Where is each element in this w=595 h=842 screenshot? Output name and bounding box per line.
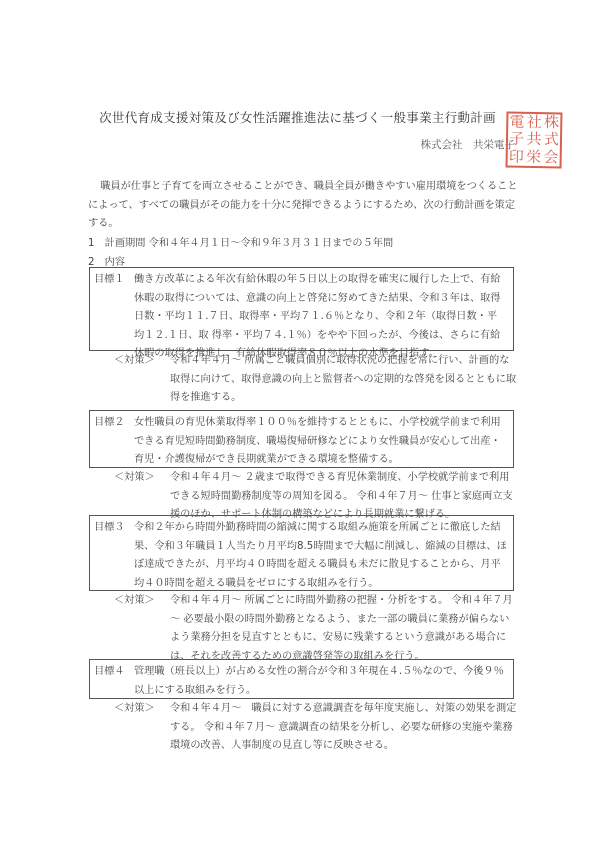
measure-text: 令和４年４月～ 職員に対する意識調査を毎年度実施し、対策の効果を測定する。 令和… <box>170 700 519 756</box>
stamp-char: 株 <box>543 115 561 130</box>
goal-2-box: 目標２ 女性職員の育児休業取得率１００％を維持するとともに、小学校就学前まで利用… <box>89 410 514 468</box>
stamp-char: 子 <box>508 132 526 147</box>
plan-period: 1 計画期間 令和４年４月１日～令和９年３月３１日までの５年間 <box>88 234 393 249</box>
goal-text: 働き方改革による年次有給休暇の年５日以上の取得を確実に履行した上で、有給休暇の取… <box>134 271 507 364</box>
measure-label: ＜対策＞ <box>114 700 170 719</box>
measure-text: 令和４年４月～ 所属ごと職員個別に取得状況の把握を常に行い、計画的な取得に向けて… <box>170 352 519 408</box>
stamp-char: 共 <box>525 132 543 147</box>
goal-text: 管理職（班長以上）が占める女性の割合が令和３年現在４.５％なので、今後９％以上に… <box>134 663 507 700</box>
goal-label: 目標４ <box>94 663 134 682</box>
stamp-char: 式 <box>543 133 561 148</box>
goal-3-measure: ＜対策＞ 令和４年４月～ 所属ごとに時間外勤務の把握・分析をする。 令和４年７月… <box>114 592 519 666</box>
goal-1-measure: ＜対策＞ 令和４年４月～ 所属ごと職員個別に取得状況の把握を常に行い、計画的な取… <box>114 352 519 408</box>
goal-text: 令和２年から時間外勤務時間の縮減に関する取組み施策を所属ごとに徹底した結果、令和… <box>134 519 507 593</box>
company-name: 株式会社 共栄電子 <box>421 137 516 152</box>
measure-label: ＜対策＞ <box>114 469 170 488</box>
goal-label: 目標２ <box>94 414 134 433</box>
intro-paragraph: 職員が仕事と子育てを両立させることができ、職員全員が働きやすい雇用環境をつくるこ… <box>88 178 518 234</box>
stamp-char: 印 <box>508 149 526 164</box>
document-page: 次世代育成支援対策及び女性活躍推進法に基づく一般事業主行動計画 株式会社 共栄電… <box>0 0 595 842</box>
company-seal-stamp: 電 社 株 子 共 式 印 栄 会 <box>506 112 563 169</box>
goal-label: 目標１ <box>94 271 134 290</box>
measure-label: ＜対策＞ <box>114 592 170 611</box>
content-heading: 2 内容 <box>88 253 125 268</box>
stamp-char: 会 <box>542 150 560 165</box>
stamp-char: 栄 <box>525 150 543 165</box>
goal-4-box: 目標４ 管理職（班長以上）が占める女性の割合が令和３年現在４.５％なので、今後９… <box>89 659 514 699</box>
measure-text: 令和４年４月～ 所属ごとに時間外勤務の把握・分析をする。 令和４年７月～ 必要最… <box>170 592 519 666</box>
stamp-char: 電 <box>508 115 526 130</box>
measure-label: ＜対策＞ <box>114 352 170 371</box>
goal-label: 目標３ <box>94 519 134 538</box>
goal-1-box: 目標１ 働き方改革による年次有給休暇の年５日以上の取得を確実に履行した上で、有給… <box>89 267 514 351</box>
goal-4-measure: ＜対策＞ 令和４年４月～ 職員に対する意識調査を毎年度実施し、対策の効果を測定す… <box>114 700 519 756</box>
goal-text: 女性職員の育児休業取得率１００％を維持するとともに、小学校就学前まで利用できる育… <box>134 414 507 470</box>
stamp-char: 社 <box>526 115 544 130</box>
goal-3-box: 目標３ 令和２年から時間外勤務時間の縮減に関する取組み施策を所属ごとに徹底した結… <box>89 515 514 591</box>
